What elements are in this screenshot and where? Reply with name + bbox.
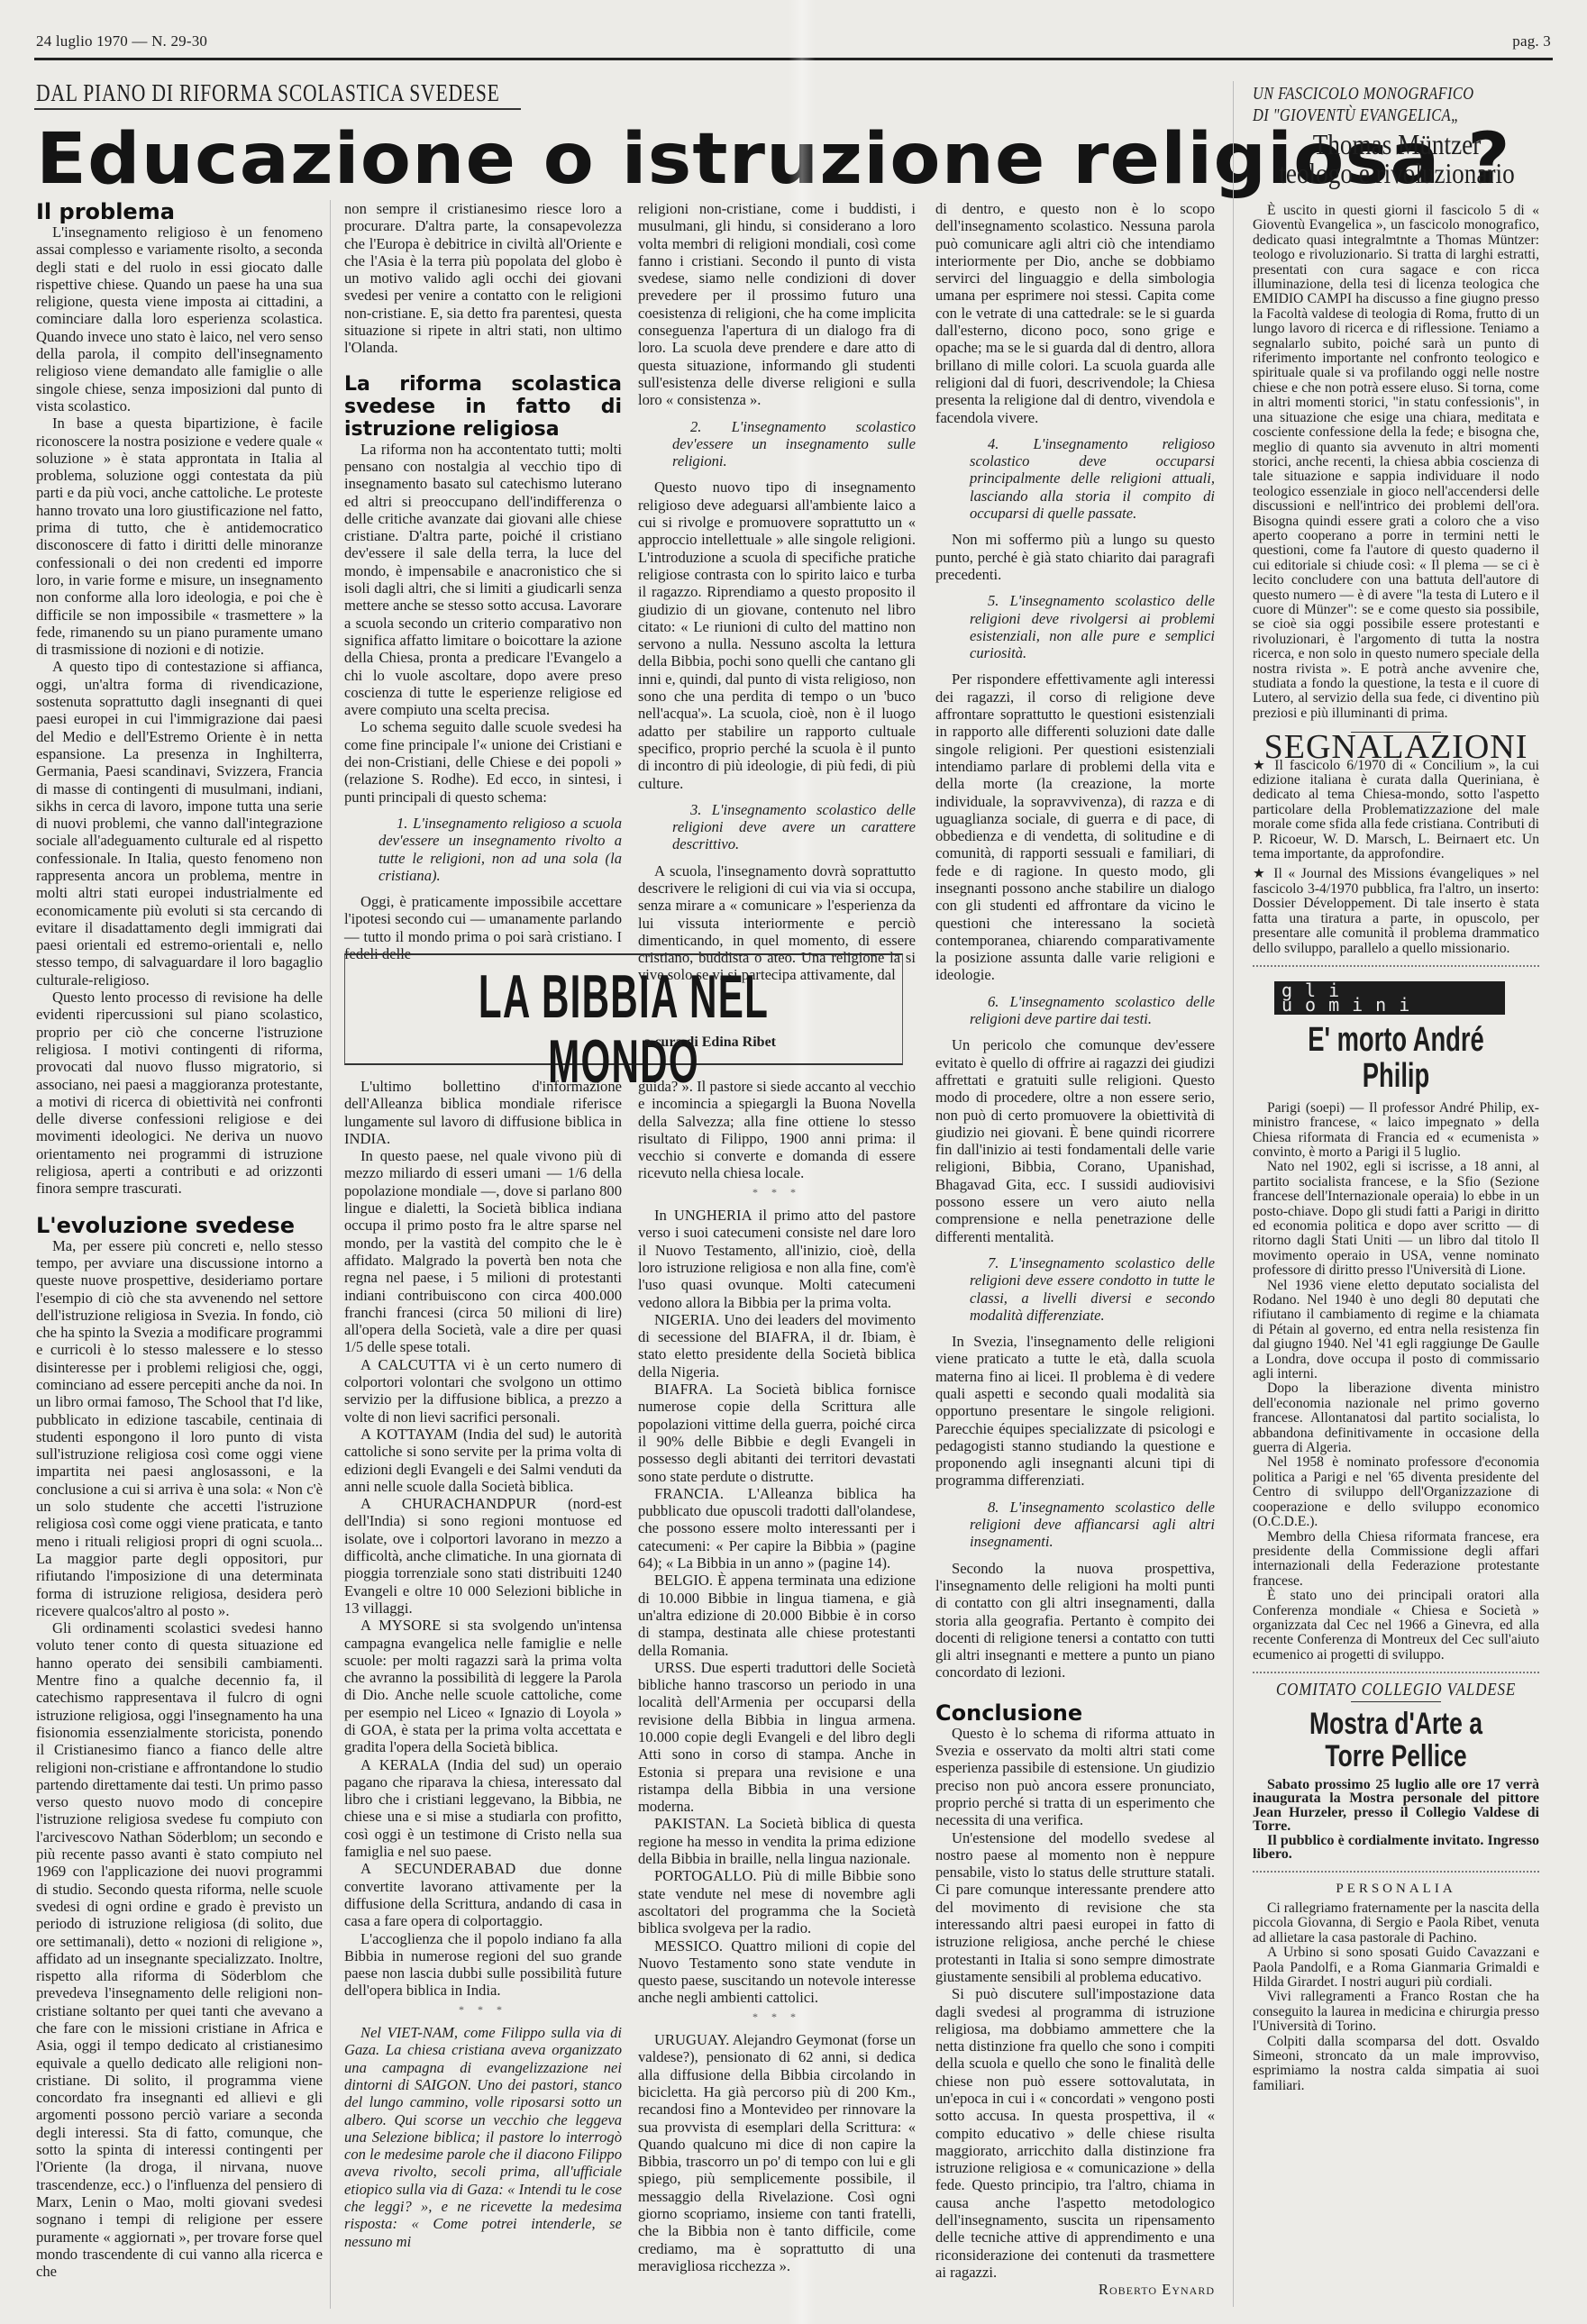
paragraph: Questo lento processo di revisione ha de… [36, 989, 323, 1198]
sidebar-column: È uscito in questi giorni il fascicolo 5… [1253, 204, 1539, 2093]
title-line: Thomas Müntzer [1267, 130, 1528, 159]
muntzer-kicker: UN FASCICOLO MONOGRAFICO DI "GIOVENTÙ EV… [1253, 83, 1534, 126]
kicker-line: DI "GIOVENTÙ EVANGELICA„ [1253, 105, 1534, 126]
thesis-1: 1. L'insegnamento religioso a scuola dev… [379, 815, 622, 884]
segnalazione-item: ★ Il fascicolo 6/1970 di « Concilium », … [1253, 759, 1539, 862]
paragraph: URUGUAY. Alejandro Geymonat (forse un va… [638, 2031, 916, 2274]
paragraph: Secondo la nuova prospettiva, l'insegnam… [935, 1560, 1215, 1681]
top-rule [34, 58, 1553, 60]
paragraph: FRANCIA. L'Alleanza biblica ha pubblicat… [638, 1485, 916, 1572]
paragraph: religioni non-cristiane, come i buddisti… [638, 200, 916, 409]
subhead-evoluzione: L'evoluzione svedese [36, 1214, 323, 1237]
philip-paragraph: Nel 1936 viene eletto deputato socialist… [1253, 1279, 1539, 1382]
paragraph: MESSICO. Quattro milioni di copie del Nu… [638, 1937, 916, 2007]
paragraph: A KOTTAYAM (India del sud) le autorità c… [344, 1426, 622, 1495]
mostra-title: Mostra d'Arte a Torre Pellice [1284, 1708, 1508, 1773]
thesis-5: 5. L'insegnamento scolastico delle relig… [970, 592, 1215, 661]
paragraph: Questo nuovo tipo di insegnamento religi… [638, 478, 916, 791]
paragraph: URSS. Due esperti traduttori delle Socie… [638, 1659, 916, 1816]
philip-paragraph: Parigi (soepi) — Il professor André Phil… [1253, 1101, 1539, 1161]
philip-paragraph: Nato nel 1902, egli si iscrisse, a 18 an… [1253, 1160, 1539, 1278]
issue-date: 24 luglio 1970 — N. 29-30 [36, 32, 207, 50]
thesis-2: 2. L'insegnamento scolastico dev'essere … [672, 418, 916, 470]
paragraph: PORTOGALLO. Più di mille Bibbie sono sta… [638, 1867, 916, 1937]
column-rule [330, 200, 331, 2309]
thesis-6: 6. L'insegnamento scolastico delle relig… [970, 993, 1215, 1028]
paragraph: La riforma non ha accontentato tutti; mo… [344, 441, 622, 719]
dotted-divider [1253, 1871, 1539, 1873]
personalia-paragraph: A Urbino si sono sposati Guido Cavazzani… [1253, 1946, 1539, 1990]
paragraph: L'insegnamento religioso è un fenomeno a… [36, 223, 323, 415]
philip-paragraph: Nel 1958 è nominato professore d'economi… [1253, 1455, 1539, 1529]
paragraph: L'ultimo bollettino d'informazione dell'… [344, 1078, 622, 1147]
star-icon: ★ [1253, 866, 1268, 881]
paragraph: Nel VIET-NAM, come Filippo sulla via di … [344, 2024, 622, 2250]
divider [1351, 1701, 1441, 1702]
personalia-title: PERSONALIA [1253, 1882, 1539, 1896]
paragraph: Per rispondere effettivamente agli inter… [935, 670, 1215, 983]
personalia-paragraph: Ci rallegriamo fraternamente per la nasc… [1253, 1901, 1539, 1946]
paragraph: Un pericolo che comunque dev'essere evit… [935, 1036, 1215, 1245]
mostra-text: Il pubblico è cordialmente invitato. Ing… [1253, 1834, 1539, 1862]
paragraph: In base a questa bipartizione, è facile … [36, 415, 323, 658]
author-signature: Roberto Eynard [935, 2281, 1215, 2298]
paragraph: L'accoglienza che il popolo indiano fa a… [344, 1930, 622, 2000]
philip-paragraph: È stato uno dei principali oratori alla … [1253, 1589, 1539, 1663]
thesis-8: 8. L'insegnamento scolastico delle relig… [970, 1499, 1215, 1551]
paragraph: Non mi soffermo più a lungo su questo pu… [935, 531, 1215, 583]
thesis-4: 4. L'insegnamento religioso scolastico d… [970, 435, 1215, 522]
segnalazioni-title: SEGNALAZIONI [1253, 740, 1539, 754]
paragraph: In UNGHERIA il primo atto del pastore ve… [638, 1207, 916, 1311]
paragraph: A CHURACHANDPUR (nord-est dell'India) si… [344, 1495, 622, 1617]
segnalazione-text: Il « Journal des Missions évangeliques »… [1253, 866, 1539, 955]
gli-uomini-label: gli uomini [1274, 981, 1505, 1015]
bibbia-title: LA BIBBIA NEL MONDO [451, 964, 796, 1094]
thesis-3: 3. L'insegnamento scolastico delle relig… [672, 801, 916, 853]
section-stars: * * * [638, 1184, 916, 1201]
subhead-problema: Il problema [36, 200, 323, 223]
paragraph: Oggi, è praticamente impossibile accetta… [344, 893, 622, 962]
paragraph: Questo è lo schema di riforma attuato in… [935, 1725, 1215, 1829]
subhead-riforma: La riforma scolastica svedese in fatto d… [344, 373, 622, 441]
mostra-text: Sabato prossimo 25 luglio alle ore 17 ve… [1253, 1778, 1539, 1834]
muntzer-title: Thomas Müntzer teologo e rivoluzionario [1267, 130, 1528, 187]
bibbia-nel-mondo-header: LA BIBBIA NEL MONDO a cura di Edina Ribe… [344, 953, 903, 1065]
article-column-3: religioni non-cristiane, come i buddisti… [638, 200, 916, 984]
bibbia-column-b: guida? ». Il pastore si siede accanto al… [638, 1078, 916, 2274]
kicker-rule [34, 108, 521, 110]
paragraph: In questo paese, nel quale vivono più di… [344, 1147, 622, 1356]
philip-title: E' morto André Philip [1293, 1022, 1500, 1094]
paragraph: Gli ordinamenti scolastici svedesi hanno… [36, 1619, 323, 2280]
paragraph: non sempre il cristianesimo riesce loro … [344, 200, 622, 357]
personalia-paragraph: Vivi rallegramenti a Franco Rostan che h… [1253, 1990, 1539, 2034]
subhead-conclusione: Conclusione [935, 1701, 1215, 1725]
page-number: pag. 3 [1512, 32, 1551, 50]
article-column-2: non sempre il cristianesimo riesce loro … [344, 200, 622, 962]
title-line: teologo e rivoluzionario [1267, 159, 1528, 187]
paragraph: guida? ». Il pastore si siede accanto al… [638, 1078, 916, 1182]
philip-paragraph: Dopo la liberazione diventa ministro del… [1253, 1381, 1539, 1455]
star-icon: ★ [1253, 758, 1268, 773]
philip-paragraph: Membro della Chiesa riformata francese, … [1253, 1530, 1539, 1590]
bibbia-byline: a cura di Edina Ribet [643, 1034, 776, 1051]
article-kicker: DAL PIANO DI RIFORMA SCOLASTICA SVEDESE [36, 79, 500, 107]
dotted-divider [1253, 965, 1539, 967]
article-column-1: Il problema L'insegnamento religioso è u… [36, 200, 323, 2280]
paragraph: A MYSORE si sta svolgendo un'intensa cam… [344, 1617, 622, 1755]
paragraph: A SECUNDERABAD due donne convertite lavo… [344, 1860, 622, 1929]
paragraph: A questo tipo di contestazione si affian… [36, 658, 323, 989]
paragraph: Lo schema seguito dalle scuole svedesi h… [344, 718, 622, 805]
paragraph: PAKISTAN. La Società biblica di questa r… [638, 1815, 916, 1867]
paragraph: A CALCUTTA vi è un certo numero di colpo… [344, 1356, 622, 1426]
paragraph: di dentro, e questo non è lo scopo dell'… [935, 200, 1215, 426]
paragraph: Un'estensione del modello svedese al nos… [935, 1829, 1215, 1986]
paragraph: BELGIO. È appena terminata una edizione … [638, 1572, 916, 1658]
column-rule [1233, 81, 1234, 2307]
bibbia-column-a: L'ultimo bollettino d'informazione dell'… [344, 1078, 622, 2250]
segnalazione-text: Il fascicolo 6/1970 di « Concilium », la… [1253, 758, 1539, 861]
personalia-paragraph: Colpiti dalla scomparsa del dott. Osvald… [1253, 2035, 1539, 2094]
segnalazione-item: ★ Il « Journal des Missions évangeliques… [1253, 867, 1539, 955]
section-stars: * * * [344, 2001, 622, 2019]
paragraph: A KERALA (India del sud) un operaio paga… [344, 1756, 622, 1861]
article-column-4: di dentro, e questo non è lo scopo dell'… [935, 200, 1215, 2299]
section-stars: * * * [638, 2009, 916, 2026]
paragraph: BIAFRA. La Società biblica fornisce nume… [638, 1381, 916, 1485]
dotted-divider [1253, 1672, 1539, 1673]
article-headline: Educazione o istruzione religiosa ? [36, 124, 1275, 195]
mostra-kicker: COMITATO COLLEGIO VALDESE [1274, 1682, 1518, 1697]
kicker-line: UN FASCICOLO MONOGRAFICO [1253, 83, 1534, 105]
paragraph: Ma, per essere più concreti e, nello ste… [36, 1237, 323, 1620]
paragraph: NIGERIA. Uno dei leaders del movimento d… [638, 1311, 916, 1381]
muntzer-body: È uscito in questi giorni il fascicolo 5… [1253, 204, 1539, 721]
paragraph: In Svezia, l'insegnamento delle religion… [935, 1333, 1215, 1490]
paragraph: Si può discutere sull'impostazione data … [935, 1985, 1215, 2281]
thesis-7: 7. L'insegnamento scolastico delle relig… [970, 1254, 1215, 1324]
newspaper-page: 24 luglio 1970 — N. 29-30 pag. 3 DAL PIA… [0, 0, 1587, 2324]
